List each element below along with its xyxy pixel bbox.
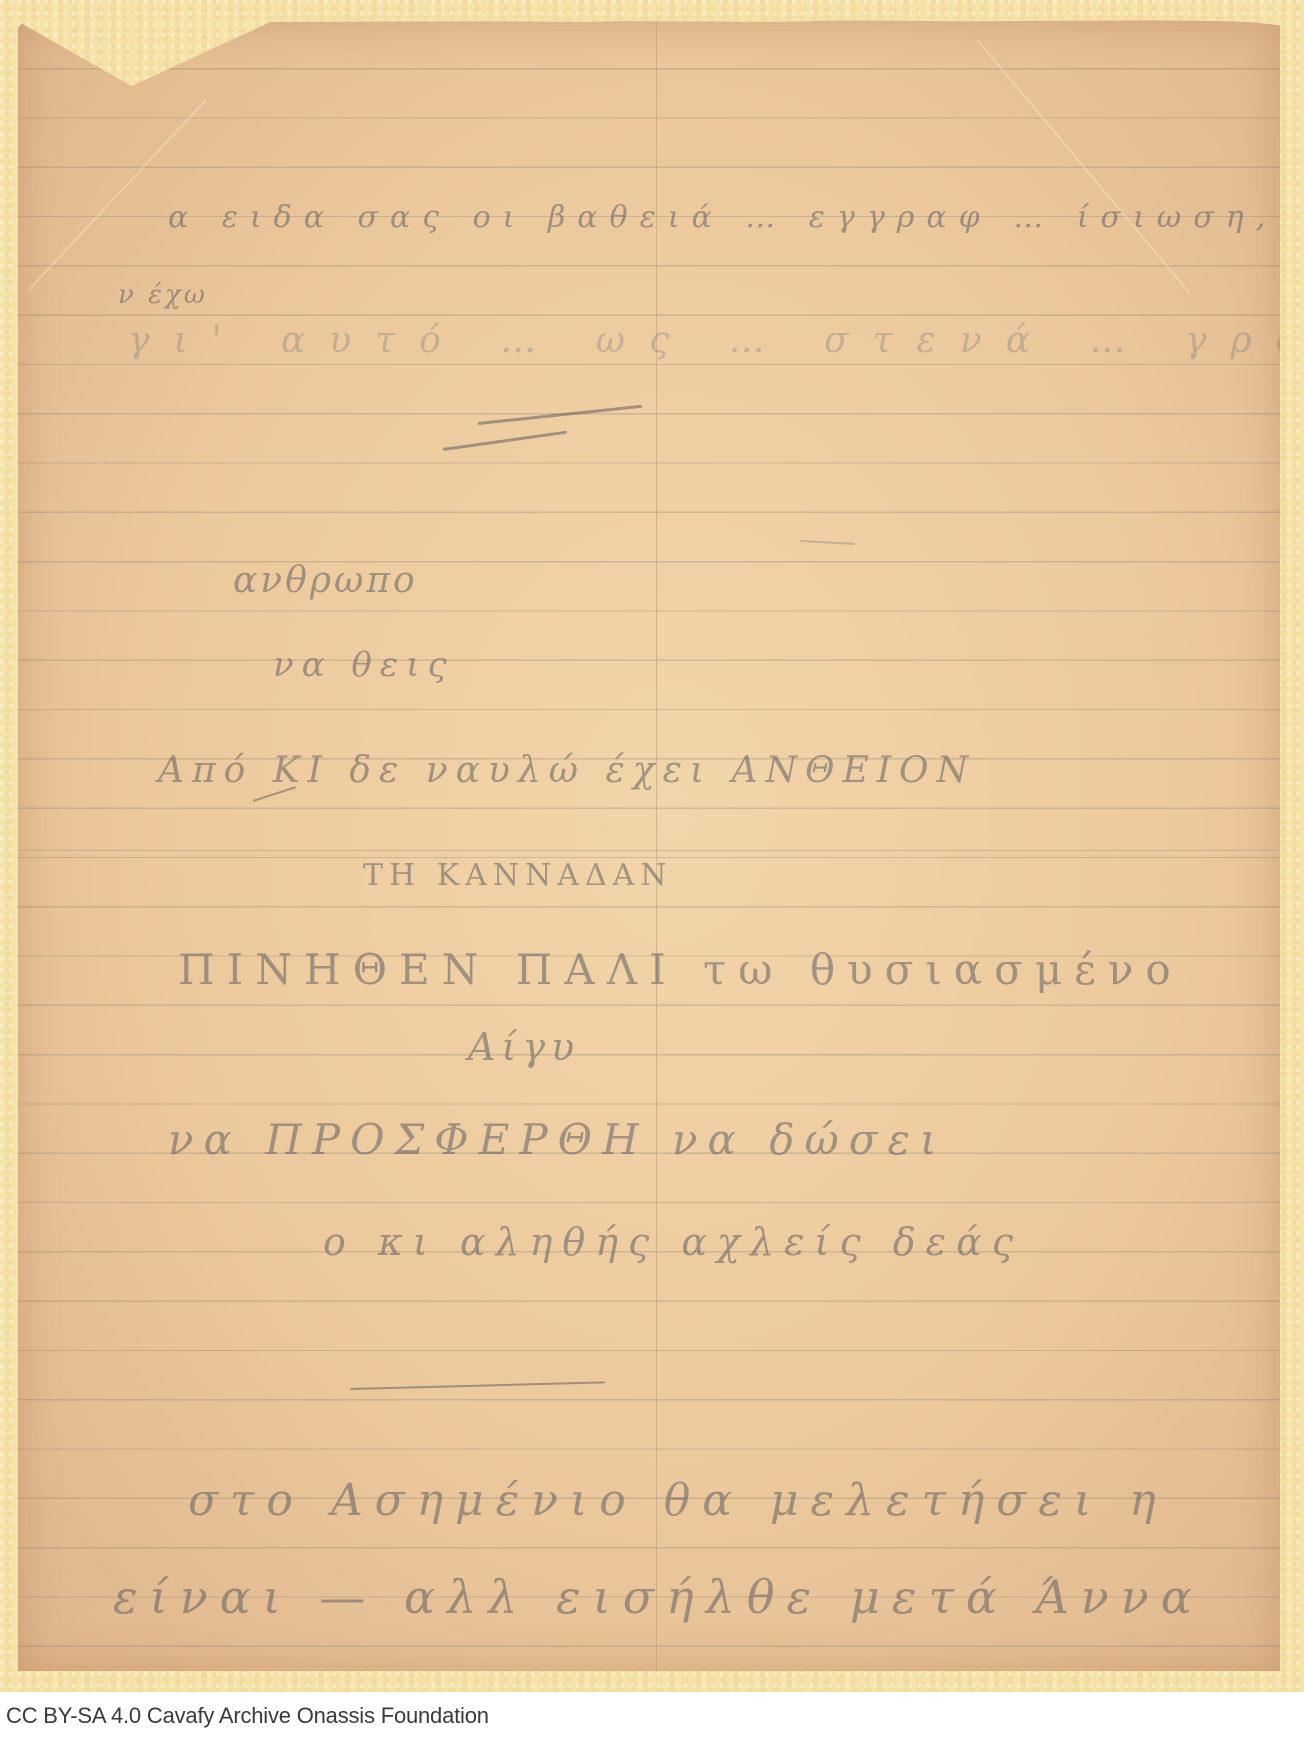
handwriting-line: ο κι αληθής αχλείς δεάς [323,1220,1023,1264]
handwriting-line: στο Ασημένιο θα μελετήσει η [188,1475,1168,1526]
handwriting-line: Αίγυ [468,1025,580,1069]
handwriting-line: α ειδα σας οι βαθειά … εγγραφ … ίσιωση, … [168,200,1304,235]
handwriting-line: είναι — αλλ εισήλθε μετά Άννα [113,1570,1204,1624]
vertical-fold [656,20,658,1671]
handwriting-line: ανθρωπο [233,560,418,601]
horizontal-fold [18,850,1280,852]
handwriting-line: Από ΚΙ δε ναυλώ έχει ΑΝΘΕΙΟΝ [158,750,976,791]
ruled-lines [18,20,1280,1671]
handwriting-line: ΠΙΝΗΘΕΝ ΠΑΛΙ τω θυσιασμένο [178,945,1183,994]
handwriting-line: γι' αυτό … ως … στενά … γραφή [128,320,1304,361]
handwriting-line: να θεις [273,645,455,685]
license-caption: CC BY-SA 4.0 Cavafy Archive Onassis Foun… [6,1703,489,1729]
handwriting-line: να ΠΡΟΣΦΕΡΘΗ να δώσει [168,1115,946,1164]
handwriting-line: ΤΗ ΚΑΝΝΑΔΑΝ [363,858,673,893]
manuscript-page: α ειδα σας οι βαθειά … εγγραφ … ίσιωση, … [18,20,1280,1671]
handwriting-line: ν έχω [118,280,208,310]
